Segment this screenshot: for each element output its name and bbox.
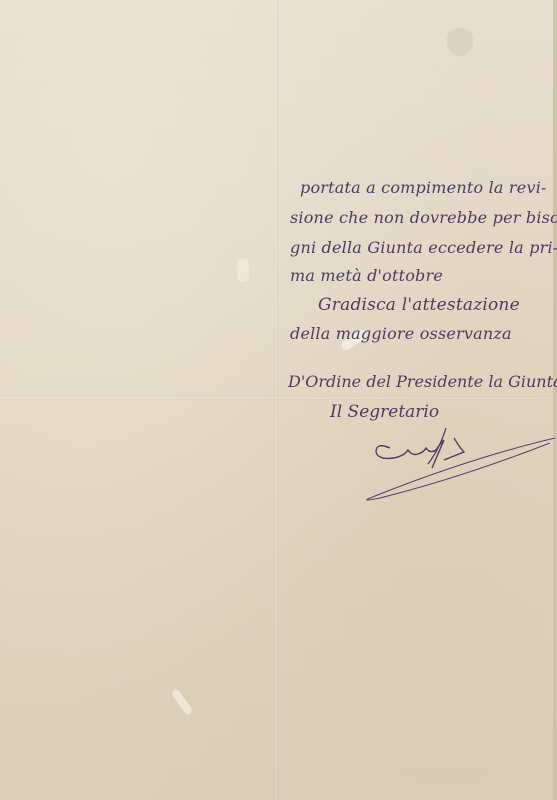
letterhead-line-2: · · · · · — [400, 83, 520, 91]
body-line-3: gni della Giunta eccedere la pri- — [290, 240, 557, 256]
horizontal-fold-crease — [0, 398, 557, 400]
vertical-fold-crease — [276, 0, 278, 800]
body-line-5: Gradisca l'attestazione — [318, 297, 520, 314]
body-line-1: portata a compimento la revi- — [300, 180, 547, 196]
paper-stain — [171, 688, 194, 716]
page-right-edge — [553, 0, 557, 800]
body-line-2: sione che non dovrebbe per biso- — [290, 210, 557, 226]
signature-icon — [350, 418, 557, 508]
paper-stain — [237, 258, 249, 282]
closing-on-behalf: D'Ordine del Presidente la Giunta — [288, 374, 557, 390]
faded-letterhead: · · · · · · · · · · · · · · · · · — [400, 28, 520, 91]
letter-page: · · · · · · · · · · · · · · · · · portat… — [0, 0, 557, 800]
body-line-4: ma metà d'ottobre — [290, 268, 443, 284]
letterhead-line-1: · · · · · · · · · · · · — [400, 62, 520, 69]
body-line-6: della maggiore osservanza — [290, 326, 512, 342]
crest-icon — [447, 28, 473, 56]
